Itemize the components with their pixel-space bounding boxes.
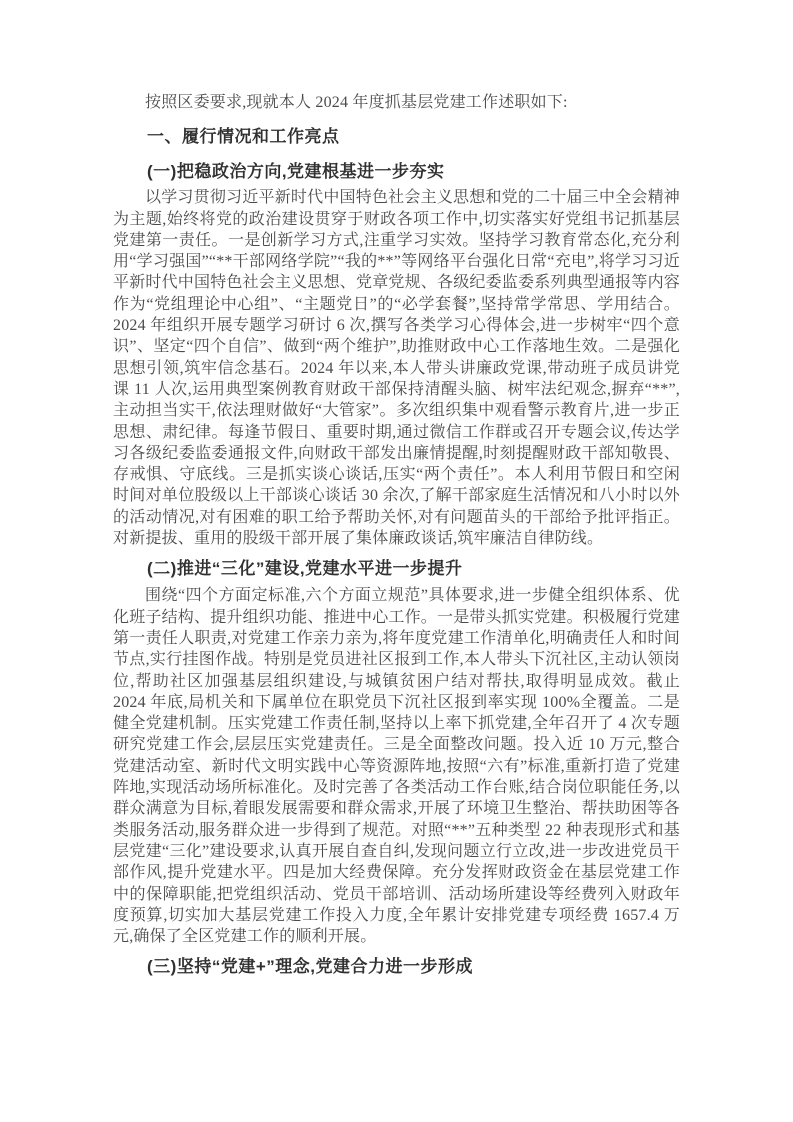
subsection-2-body-paragraph: 围绕“四个方面定标准,六个方面立规范”具体要求,进一步健全组织体系、优化班子结构… [113, 585, 680, 947]
subsection-3-heading: (三)坚持“党建+”理念,党建合力进一步形成 [113, 955, 680, 979]
subsection-2-heading: (二)推进“三化”建设,党建水平进一步提升 [113, 557, 680, 581]
subsection-1-heading: (一)把稳政治方向,党建根基进一步夯实 [113, 160, 680, 184]
intro-paragraph: 按照区委要求,现就本人 2024 年度抓基层党建工作述职如下: [113, 92, 680, 113]
document-page: 按照区委要求,现就本人 2024 年度抓基层党建工作述职如下: 一、履行情况和工… [0, 0, 793, 1122]
subsection-1-body-paragraph: 以学习贯彻习近平新时代中国特色社会主义思想和党的二十届三中全会精神为主题,始终将… [113, 187, 680, 549]
section-1-heading: 一、履行情况和工作亮点 [113, 125, 680, 149]
